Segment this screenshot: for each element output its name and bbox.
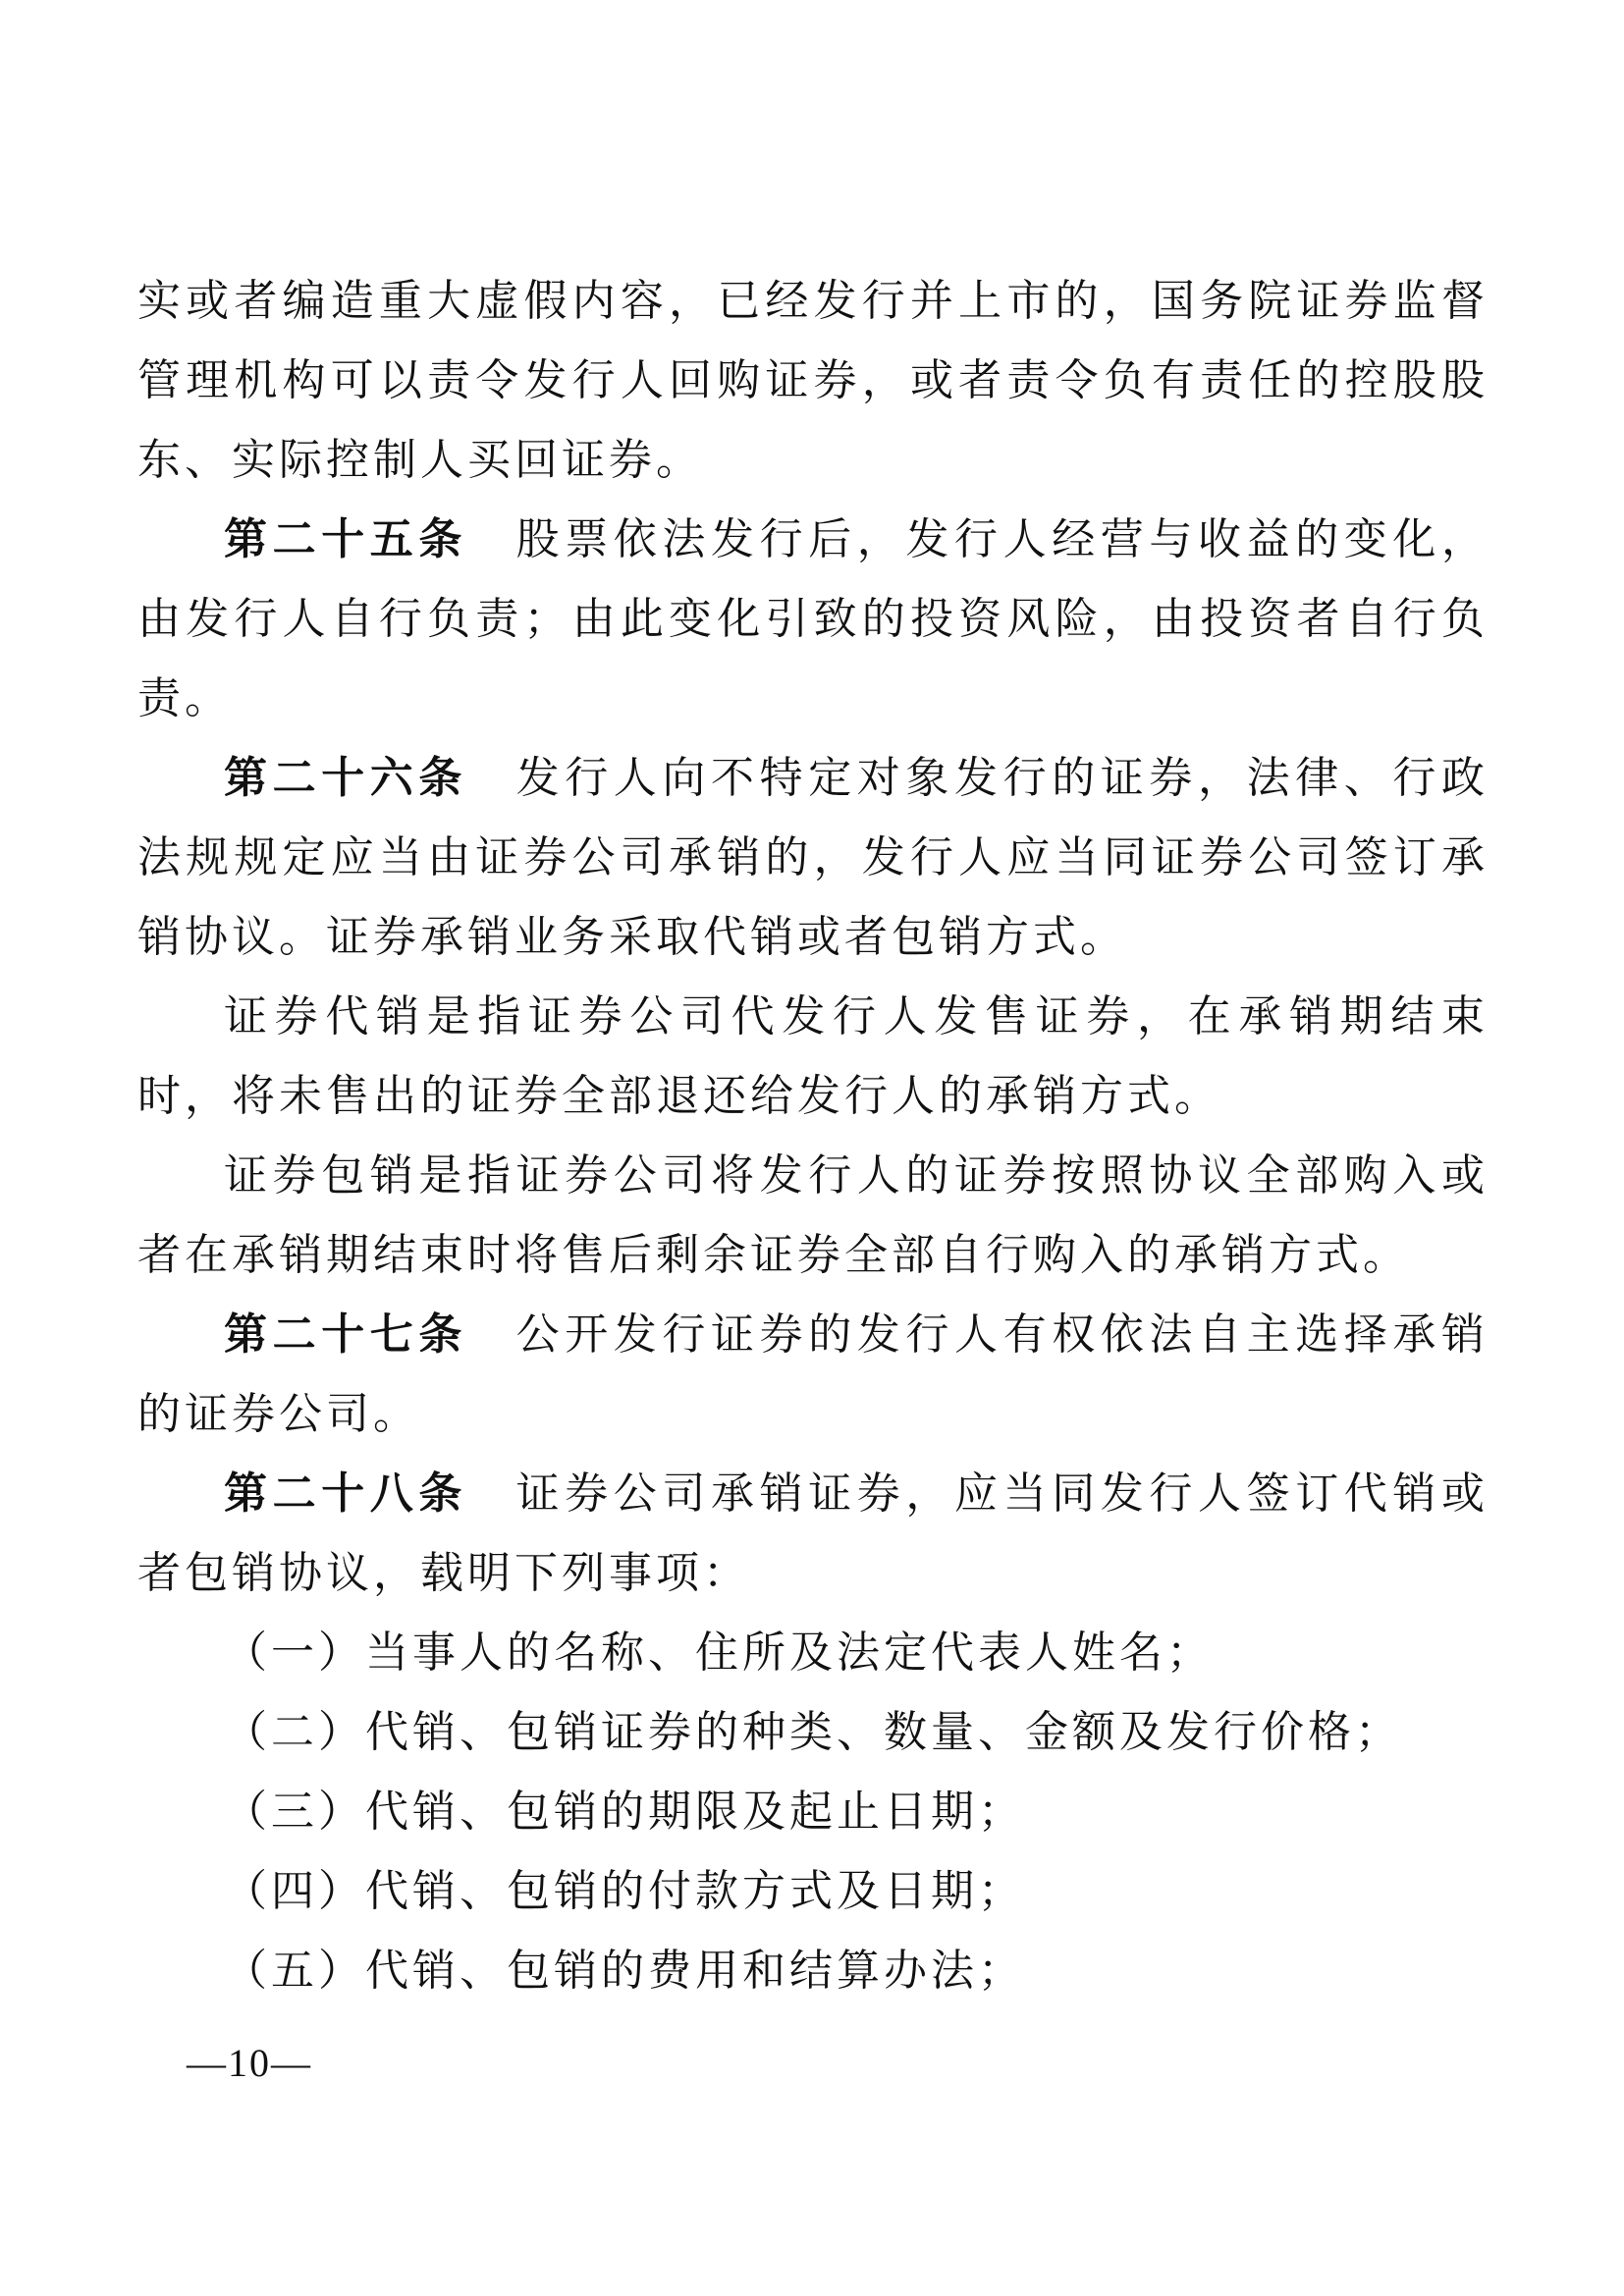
article-number: 第二十六条 [224,754,467,802]
list-item-5: （五）代销、包销的费用和结算办法； [137,1931,1489,2010]
document-page: 实或者编造重大虚假内容，已经发行并上市的，国务院证券监督管理机构可以责令发行人回… [0,0,1624,2296]
article-number: 第二十七条 [224,1310,467,1359]
paragraph-text: （二）代销、包销证券的种类、数量、金额及发行价格； [224,1708,1402,1756]
paragraph-continuation: 实或者编造重大虚假内容，已经发行并上市的，国务院证券监督管理机构可以责令发行人回… [137,261,1489,500]
page-number: —10— [187,2040,312,2086]
article-number: 第二十八条 [224,1469,467,1518]
list-item-1: （一）当事人的名称、住所及法定代表人姓名； [137,1613,1489,1692]
list-item-4: （四）代销、包销的付款方式及日期； [137,1851,1489,1931]
paragraph-article-26: 第二十六条 发行人向不特定对象发行的证券，法律、行政法规规定应当由证券公司承销的… [137,738,1489,977]
article-number: 第二十五条 [224,515,467,563]
paragraph-text: （三）代销、包销的期限及起止日期； [224,1788,1025,1836]
paragraph-article-27: 第二十七条 公开发行证券的发行人有权依法自主选择承销的证券公司。 [137,1295,1489,1454]
paragraph-text: （四）代销、包销的付款方式及日期； [224,1867,1025,1915]
paragraph-text: （一）当事人的名称、住所及法定代表人姓名； [224,1629,1214,1677]
paragraph-text: （五）代销、包销的费用和结算办法； [224,1947,1025,1995]
paragraph-text: 证券包销是指证券公司将发行人的证券按照协议全部购入或者在承销期结束时将售后剩余证… [137,1151,1489,1279]
paragraph-text: 证券代销是指证券公司代发行人发售证券，在承销期结束时，将未售出的证券全部退还给发… [137,992,1489,1120]
paragraph-article-28: 第二十八条 证券公司承销证券，应当同发行人签订代销或者包销协议，载明下列事项： [137,1454,1489,1613]
list-item-3: （三）代销、包销的期限及起止日期； [137,1772,1489,1851]
paragraph-consignment-definition: 证券代销是指证券公司代发行人发售证券，在承销期结束时，将未售出的证券全部退还给发… [137,977,1489,1136]
list-item-2: （二）代销、包销证券的种类、数量、金额及发行价格； [137,1692,1489,1772]
document-body: 实或者编造重大虚假内容，已经发行并上市的，国务院证券监督管理机构可以责令发行人回… [137,261,1489,2010]
paragraph-article-25: 第二十五条 股票依法发行后，发行人经营与收益的变化，由发行人自行负责；由此变化引… [137,500,1489,738]
paragraph-underwriting-definition: 证券包销是指证券公司将发行人的证券按照协议全部购入或者在承销期结束时将售后剩余证… [137,1136,1489,1295]
paragraph-text: 实或者编造重大虚假内容，已经发行并上市的，国务院证券监督管理机构可以责令发行人回… [137,277,1489,484]
